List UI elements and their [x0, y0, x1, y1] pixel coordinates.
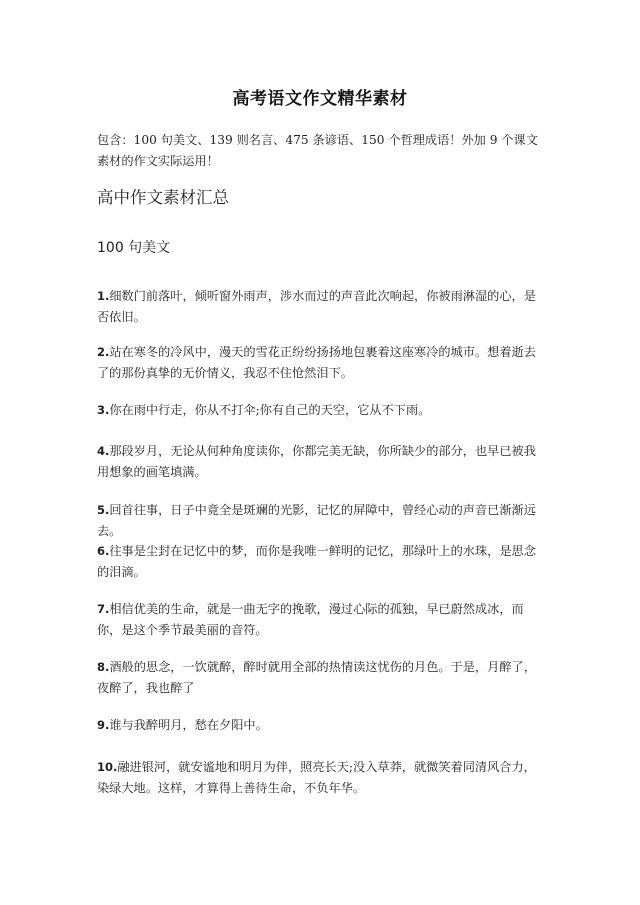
- item-text: 细数门前落叶，倾听窗外雨声，涉水而过的声音此次响起，你被雨淋湿的心，是否依旧。: [97, 289, 536, 324]
- list-item: 1.细数门前落叶，倾听窗外雨声，涉水而过的声音此次响起，你被雨淋湿的心，是否依旧…: [97, 286, 547, 328]
- item-number: 9.: [97, 718, 109, 732]
- item-number: 6.: [97, 544, 109, 558]
- item-text: 谁与我醉明月，愁在夕阳中。: [109, 718, 267, 732]
- item-text: 相信优美的生命，就是一曲无字的挽歌，漫过心际的孤独，早已蔚然成冰，而你，是这个季…: [97, 602, 524, 637]
- item-text: 往事是尘封在记忆中的梦，而你是我唯一鲜明的记忆，那绿叶上的水珠，是思念的泪滴。: [97, 544, 536, 579]
- list-item: 2.站在寒冬的冷风中，漫天的雪花正纷纷扬扬地包裹着这座寒冷的城市。想着逝去了的那…: [97, 342, 547, 384]
- item-number: 8.: [97, 660, 109, 674]
- item-number: 10.: [97, 760, 117, 774]
- item-number: 1.: [97, 289, 109, 303]
- item-text: 那段岁月，无论从何种角度读你，你都完美无缺，你所缺少的部分，也早已被我用想象的画…: [97, 444, 536, 479]
- item-number: 5.: [97, 503, 109, 517]
- item-number: 2.: [97, 345, 109, 359]
- list-item: 6.往事是尘封在记忆中的梦，而你是我唯一鲜明的记忆，那绿叶上的水珠，是思念的泪滴…: [97, 541, 547, 583]
- item-text: 回首往事，日子中竟全是斑斓的光影，记忆的屏障中，曾经心动的声音已渐渐远去。: [97, 503, 536, 538]
- list-item: 3.你在雨中行走，你从不打伞;你有自己的天空，它从不下雨。: [97, 400, 547, 421]
- item-text: 站在寒冬的冷风中，漫天的雪花正纷纷扬扬地包裹着这座寒冷的城市。想着逝去了的那份真…: [97, 345, 536, 380]
- list-item: 9.谁与我醉明月，愁在夕阳中。: [97, 715, 547, 736]
- item-number: 7.: [97, 602, 109, 616]
- document-page: 高考语文作文精华素材 包含：100 句美文、139 则名言、475 条谚语、15…: [0, 0, 640, 905]
- item-number: 3.: [97, 403, 109, 417]
- list-item: 10.融进银河，就安谧地和明月为伴，照亮长天;没入草莽，就微笑着同清风合力，染绿…: [97, 757, 547, 799]
- item-text: 融进银河，就安谧地和明月为伴，照亮长天;没入草莽，就微笑着同清风合力，染绿大地。…: [97, 760, 536, 795]
- intro-paragraph: 包含：100 句美文、139 则名言、475 条谚语、150 个哲理成语！外加 …: [97, 130, 547, 172]
- document-title: 高考语文作文精华素材: [0, 84, 640, 109]
- item-number: 4.: [97, 444, 109, 458]
- list-item: 5.回首往事，日子中竟全是斑斓的光影，记忆的屏障中，曾经心动的声音已渐渐远去。: [97, 500, 547, 542]
- section-heading: 高中作文素材汇总: [97, 184, 229, 208]
- list-item: 4.那段岁月，无论从何种角度读你，你都完美无缺，你所缺少的部分，也早已被我用想象…: [97, 441, 547, 483]
- subsection-heading: 100 句美文: [97, 237, 170, 257]
- item-text: 酒般的思念，一饮就醉，醉时就用全部的热情读这忧伤的月色。于是，月醉了，夜醉了，我…: [97, 660, 536, 695]
- list-item: 8.酒般的思念，一饮就醉，醉时就用全部的热情读这忧伤的月色。于是，月醉了，夜醉了…: [97, 657, 547, 699]
- item-text: 你在雨中行走，你从不打伞;你有自己的天空，它从不下雨。: [109, 403, 430, 417]
- list-item: 7.相信优美的生命，就是一曲无字的挽歌，漫过心际的孤独，早已蔚然成冰，而你，是这…: [97, 599, 547, 641]
